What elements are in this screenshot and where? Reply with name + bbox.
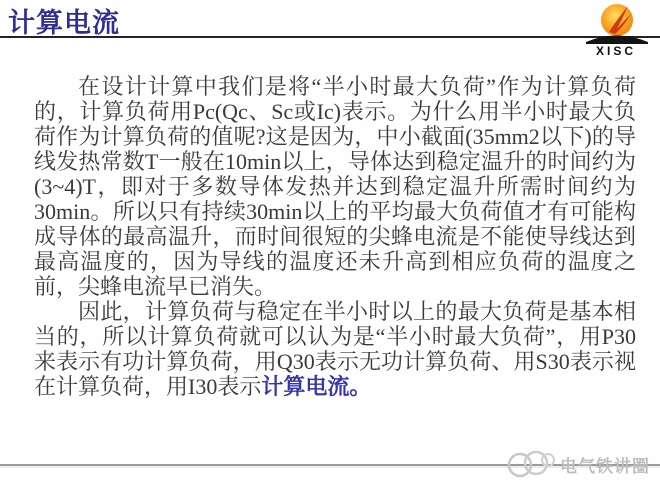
- xisc-logo: XISC: [576, 1, 656, 58]
- slide-body: 在设计计算中我们是将“半小时最大负荷”作为计算负荷的，计算负荷用Pc(Qc、Sc…: [34, 74, 636, 399]
- body-paragraph-2: 因此，计算负荷与稳定在半小时以上的最大负荷是基本相当的，所以计算负荷就可以认为是…: [34, 299, 636, 399]
- xisc-logo-text: XISC: [576, 44, 656, 58]
- watermark-text: 电气铁讲圈: [560, 452, 650, 477]
- slide: 计算电流 XISC 在设计计算中我们是将“半小时最大负荷”作为计算负荷的，计算负…: [0, 0, 660, 495]
- header-divider: [0, 36, 660, 38]
- sun-flame-icon: [576, 1, 656, 47]
- watermark: 电气铁讲圈: [506, 446, 650, 482]
- page-title: 计算电流: [8, 1, 120, 40]
- body-paragraph-1-text: 在设计计算中我们是将“半小时最大负荷”作为计算负荷的，计算负荷用Pc(Qc、Sc…: [34, 74, 636, 299]
- body-paragraph-1: 在设计计算中我们是将“半小时最大负荷”作为计算负荷的，计算负荷用Pc(Qc、Sc…: [34, 74, 636, 299]
- overlapping-rings-icon: [506, 447, 560, 481]
- keyword-calculated-current: 计算电流。: [261, 374, 371, 399]
